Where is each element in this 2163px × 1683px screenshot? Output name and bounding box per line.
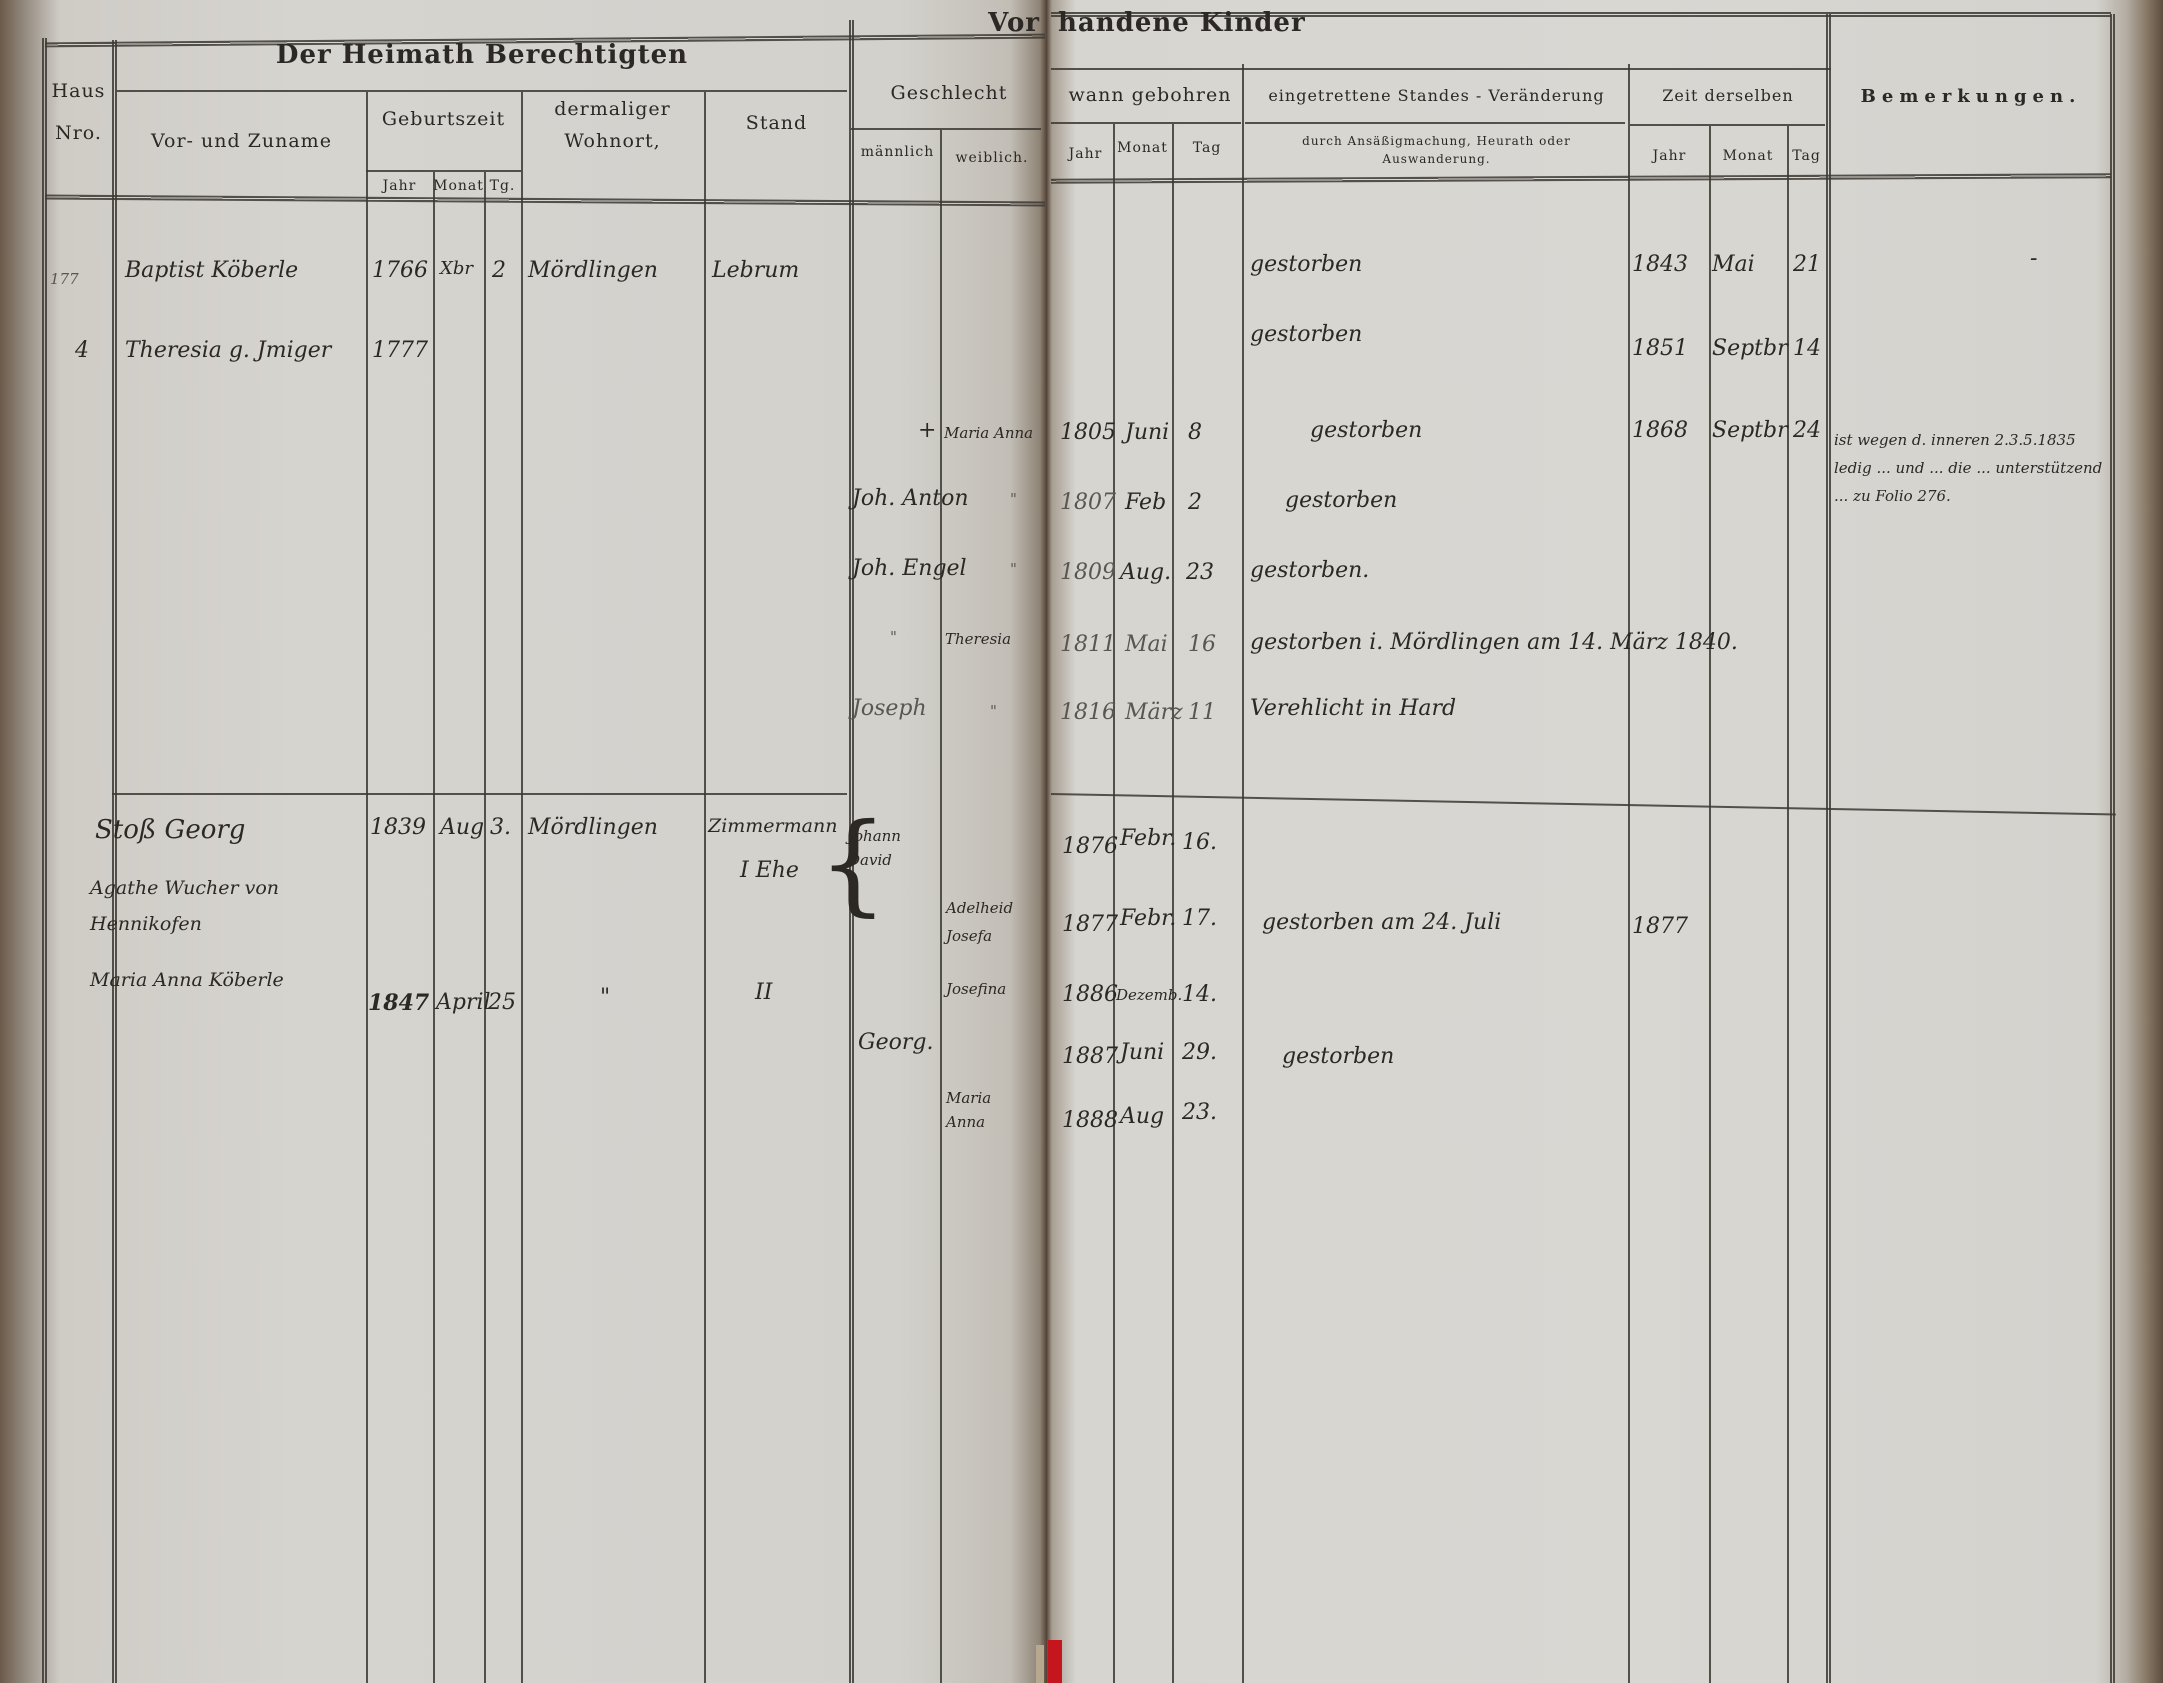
rule-geb-monat — [484, 172, 486, 1683]
child-female-name: " — [1010, 560, 1017, 578]
child-birth-year: 1888 — [1062, 1108, 1118, 1133]
birth-month: Xbr — [440, 258, 473, 279]
child-birth-day: 2 — [1188, 490, 1202, 515]
geb-monat-header: Monat — [433, 178, 484, 194]
wohnort-header-line1: dermaliger — [521, 98, 704, 120]
change-day: 24 — [1793, 418, 1821, 443]
status-change: gestorben — [1250, 252, 1362, 277]
child-status-change: gestorben. — [1250, 558, 1369, 583]
standes-sub-rule — [1245, 122, 1625, 124]
child-female-name: Maria Anna — [944, 424, 1033, 442]
change-month: Septbr — [1712, 418, 1788, 443]
weiblich-header: weiblich. — [942, 150, 1042, 166]
birth-month: Aug — [440, 815, 484, 840]
child-male-name: Joseph — [852, 696, 927, 721]
birth-year: 1847 — [368, 990, 429, 1016]
remark: ist wegen d. inneren 2.3.5.1835 ledig ..… — [1834, 426, 2104, 510]
child-birth-day: 16. — [1182, 830, 1217, 855]
geburtszeit-header: Geburtszeit — [366, 108, 521, 130]
zeit-jahr-header: Jahr — [1630, 148, 1709, 164]
right-title-part2: handene Kinder — [1058, 8, 1358, 38]
change-year: 1868 — [1632, 418, 1688, 443]
child-birth-year: 1809 — [1060, 560, 1116, 585]
child-female-name: Maria Anna — [946, 1086, 1026, 1134]
geburtszeit-sub-rule — [366, 170, 521, 172]
change-year: 1851 — [1632, 336, 1688, 361]
death-cross-marker: + — [918, 418, 936, 443]
change-month: Septbr — [1712, 336, 1788, 361]
child-birth-day: 17. — [1182, 906, 1217, 931]
stand-header: Stand — [704, 112, 849, 134]
wann-gebohren-header: wann gebohren — [1058, 84, 1242, 106]
child-birth-month: März — [1125, 700, 1183, 725]
geschlecht-sub-rule — [851, 128, 1041, 130]
change-day: 14 — [1793, 336, 1821, 361]
rule-outer-left — [42, 38, 47, 1683]
birth-year: 1839 — [370, 815, 426, 840]
remark: - — [2030, 246, 2037, 271]
child-female-name: Theresia — [945, 630, 1011, 648]
child-birth-day: 23. — [1182, 1100, 1217, 1125]
rule-veraenderung — [1628, 64, 1630, 1683]
zeit-sub-rule — [1630, 124, 1825, 126]
child-birth-day: 16 — [1188, 632, 1216, 657]
change-month: Mai — [1712, 252, 1755, 277]
zeit-derselben-header: Zeit derselben — [1630, 86, 1826, 105]
birth-month: April — [436, 990, 491, 1015]
geb-jahr-header: Jahr — [366, 178, 433, 194]
child-birth-month: Febr. — [1120, 906, 1176, 931]
child-status-change: gestorben — [1310, 418, 1422, 443]
child-birth-year: 1887 — [1062, 1044, 1118, 1069]
birth-day: 3. — [490, 815, 511, 840]
child-birth-year: 1807 — [1060, 490, 1116, 515]
child-status-change: gestorben — [1285, 488, 1397, 513]
birth-year: 1777 — [372, 338, 428, 363]
status: Lebrum — [712, 258, 799, 283]
rule-haus-nro — [112, 40, 117, 1683]
child-birth-month: Juni — [1125, 420, 1169, 445]
child-birth-year: 1876 — [1062, 834, 1118, 859]
child-male-name: Joh. Anton — [852, 486, 969, 511]
child-birth-day: 14. — [1182, 982, 1217, 1007]
child-birth-year: 1886 — [1062, 982, 1118, 1007]
rule-maennlich — [940, 130, 942, 1683]
rule-zeit-jahr — [1709, 126, 1711, 1683]
rule-outer-right — [2110, 14, 2115, 1683]
rule-kind-tag — [1242, 64, 1244, 1683]
haus-header: Haus — [45, 80, 112, 102]
child-female-name: " — [990, 702, 997, 720]
household-separator-left — [112, 793, 847, 795]
geschlecht-header: Geschlecht — [855, 82, 1043, 104]
change-year: 1843 — [1632, 252, 1688, 277]
change-year: 1877 — [1632, 914, 1688, 939]
child-status-change: gestorben — [1282, 1044, 1394, 1069]
child-birth-day: 29. — [1182, 1040, 1217, 1065]
residence-ditto: " — [600, 985, 610, 1010]
child-birth-month: Febr. — [1120, 826, 1176, 851]
child-birth-year: 1816 — [1060, 700, 1116, 725]
child-birth-month: Dezemb. — [1116, 986, 1182, 1004]
residence: Mördlingen — [528, 815, 658, 840]
rule-wohnort — [704, 92, 706, 1683]
wann-gebohren-sub-rule — [1051, 122, 1241, 124]
haus-nro: 4 — [75, 338, 89, 363]
birth-day: 2 — [492, 258, 506, 283]
veraenderung-header-line1: eingetrettene Standes - Veränderung — [1245, 86, 1628, 105]
child-male-name: Georg. — [858, 1030, 933, 1055]
child-birth-day: 8 — [1188, 420, 1202, 445]
right-title-part1: Vor — [960, 8, 1040, 38]
child-status-change: Verehlicht in Hard — [1250, 696, 1456, 721]
birth-day: 25 — [488, 990, 516, 1015]
child-status-change: gestorben am 24. Juli — [1262, 910, 1501, 935]
child-male-name: " — [890, 628, 897, 646]
bookmark-ribbon-red — [1048, 1640, 1062, 1683]
kind-monat-header: Monat — [1113, 140, 1172, 156]
parent-name: Theresia g. Jmiger — [125, 338, 331, 363]
birth-year: 1766 — [372, 258, 428, 283]
child-birth-month: Mai — [1125, 632, 1168, 657]
wohnort-header-line2: Wohnort, — [521, 130, 704, 152]
change-day: 21 — [1793, 252, 1821, 277]
title-underline-right — [1051, 68, 1831, 70]
child-female-name: " — [1010, 490, 1017, 508]
kind-jahr-header: Jahr — [1058, 146, 1113, 162]
child-birth-month: Juni — [1120, 1040, 1164, 1065]
bookmark-ribbon-gold — [1036, 1645, 1044, 1683]
child-male-name: Joh. Engel — [852, 556, 967, 581]
rule-geb-jahr — [433, 172, 435, 1683]
rule-kind-monat — [1172, 124, 1174, 1683]
child-male-name: Johann David — [848, 824, 938, 872]
parent-name: Maria Anna Köberle — [90, 960, 290, 1000]
bemerkungen-header: Bemerkungen. — [1832, 86, 2110, 107]
kind-tag-header: Tag — [1172, 140, 1242, 156]
rule-geb-tag — [521, 92, 523, 1683]
zeit-monat-header: Monat — [1709, 148, 1787, 164]
rule-name — [366, 92, 368, 1683]
child-birth-year: 1877 — [1062, 912, 1118, 937]
parent-name: Agathe Wucher von Hennikofen — [90, 870, 360, 942]
child-birth-month: Feb — [1125, 490, 1166, 515]
rule-kind-jahr — [1113, 124, 1115, 1683]
child-birth-year: 1805 — [1060, 420, 1116, 445]
nro-header: Nro. — [45, 122, 112, 144]
child-birth-month: Aug. — [1120, 560, 1171, 585]
child-birth-day: 23 — [1186, 560, 1214, 585]
haus-nro: 177 — [50, 270, 79, 288]
marriage-number: I Ehe — [740, 858, 799, 883]
geb-tag-header: Tg. — [484, 178, 521, 194]
marriage-number: II — [755, 980, 772, 1005]
zeit-tag-header: Tag — [1787, 148, 1826, 164]
child-female-name: Josefina — [946, 980, 1006, 998]
child-birth-year: 1811 — [1060, 632, 1116, 657]
residence: Mördlingen — [528, 258, 658, 283]
rule-zeit-tag — [1826, 14, 1831, 1683]
name-header: Vor- und Zuname — [117, 130, 366, 152]
left-title: Der Heimath Berechtigten — [117, 40, 847, 70]
parent-name: Baptist Köberle — [125, 258, 298, 283]
status-change: gestorben — [1250, 322, 1362, 347]
parent-name: Stoß Georg — [95, 815, 245, 845]
child-female-name: Adelheid Josefa — [946, 894, 1046, 950]
child-birth-day: 11 — [1188, 700, 1216, 725]
maennlich-header: männlich — [855, 144, 940, 160]
child-status-change: gestorben i. Mördlingen am 14. März 1840… — [1250, 630, 1738, 655]
child-birth-month: Aug — [1120, 1104, 1164, 1129]
title-underline — [117, 90, 847, 92]
veraenderung-header-line2: durch Ansäßigmachung, Heurath oder — [1245, 134, 1628, 148]
veraenderung-header-line3: Auswanderung. — [1245, 152, 1628, 166]
